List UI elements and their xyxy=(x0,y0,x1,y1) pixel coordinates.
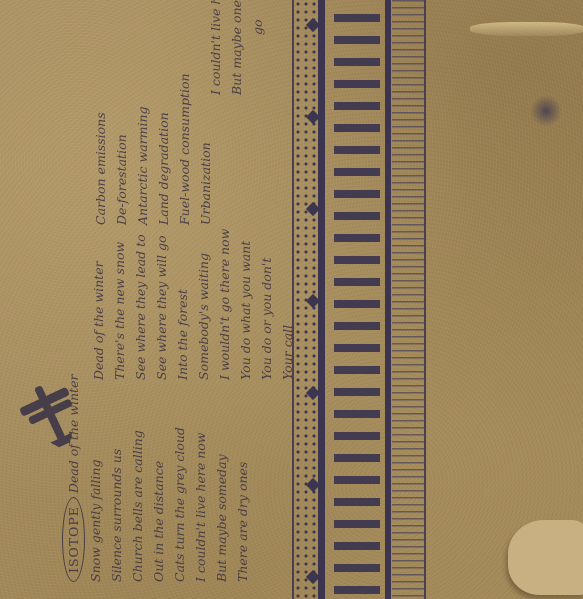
verse-two-line-9: You do or you don't xyxy=(256,229,277,380)
verse-one-line-6: Cats turn the grey cloud xyxy=(169,375,190,582)
ladder-bar xyxy=(334,498,380,506)
closing-line-1: I couldn't live here now xyxy=(205,0,226,95)
list-item: Carbon emissions xyxy=(90,73,111,225)
closing-lines: I couldn't live here now But maybe one d… xyxy=(205,0,268,95)
ladder-bar xyxy=(334,190,380,198)
verse-two-line-8: You do what you want xyxy=(235,229,256,380)
ladder-bar xyxy=(334,58,380,66)
verse-one-line-8: But maybe someday xyxy=(211,375,232,582)
verse-one-line-4: Church bells are calling xyxy=(127,375,148,582)
ladder-bar xyxy=(334,542,380,550)
ladder-bar xyxy=(334,168,380,176)
list-item: Urbanization xyxy=(195,73,216,225)
verse-two-line-1: Dead of the winter xyxy=(88,229,109,380)
closing-line-2: But maybe one day xyxy=(226,0,247,95)
ladder-bar xyxy=(334,366,380,374)
verse-two-line-2: There's the new snow xyxy=(109,229,130,380)
verse-one-line-3: Silence surrounds us xyxy=(106,375,127,582)
ladder-bar xyxy=(334,586,380,594)
ink-stain xyxy=(530,95,562,127)
ladder-bar xyxy=(334,322,380,330)
ladder-bar xyxy=(334,146,380,154)
verse-two: Dead of the winter There's the new snow … xyxy=(88,229,298,380)
border-rule xyxy=(424,0,426,599)
verse-two-line-5: Into the forest xyxy=(172,229,193,380)
ladder-bar xyxy=(334,124,380,132)
ladder-bar xyxy=(334,80,380,88)
ladder-bar xyxy=(334,388,380,396)
lined-border-band xyxy=(392,0,424,599)
ladder-bar xyxy=(334,344,380,352)
song-title: ISOTOPE xyxy=(62,497,85,582)
ladder-bar xyxy=(334,432,380,440)
ladder-bar xyxy=(334,564,380,572)
list-item: Fuel-wood consumption xyxy=(174,73,195,225)
verse-two-line-4: See where they will go xyxy=(151,229,172,380)
list-item: De-forestation xyxy=(111,73,132,225)
ladder-bar xyxy=(334,212,380,220)
ladder-bar xyxy=(334,256,380,264)
issues-list: Carbon emissions De-forestation Antarcti… xyxy=(90,73,216,225)
verse-one-line-1: ISOTOPEDead of the winter xyxy=(62,375,85,582)
lyrics-sheet: ISOTOPEDead of the winter Snow gently fa… xyxy=(0,0,583,599)
ladder-bar xyxy=(334,454,380,462)
list-item: Land degradation xyxy=(153,73,174,225)
verse-one-line-2: Snow gently falling xyxy=(85,375,106,582)
verse-one-line-7: I couldn't live here now xyxy=(190,375,211,582)
closing-line-3: go xyxy=(247,0,268,95)
list-item: Antarctic warming xyxy=(132,73,153,225)
ladder-bar xyxy=(334,36,380,44)
verse-one: ISOTOPEDead of the winter Snow gently fa… xyxy=(62,375,253,582)
ladder-bar xyxy=(334,476,380,484)
ladder-bar xyxy=(334,14,380,22)
verse-two-line-6: Somebody's waiting xyxy=(193,229,214,380)
ladder-bar xyxy=(334,300,380,308)
verse-two-line-3: See where they lead to xyxy=(130,229,151,380)
border-rule xyxy=(385,0,391,599)
ladder-bar xyxy=(334,520,380,528)
ladder-bar xyxy=(334,102,380,110)
ladder-bar xyxy=(334,234,380,242)
verse-two-line-7: I wouldn't go there now xyxy=(214,229,235,380)
verse-one-line-5: Out in the distance xyxy=(148,375,169,582)
ladder-bar xyxy=(334,278,380,286)
verse-one-line-9: There are dry ones xyxy=(232,375,253,582)
ladder-bar xyxy=(334,410,380,418)
paper-tear-corner xyxy=(508,520,583,595)
paper-tear xyxy=(470,22,583,36)
